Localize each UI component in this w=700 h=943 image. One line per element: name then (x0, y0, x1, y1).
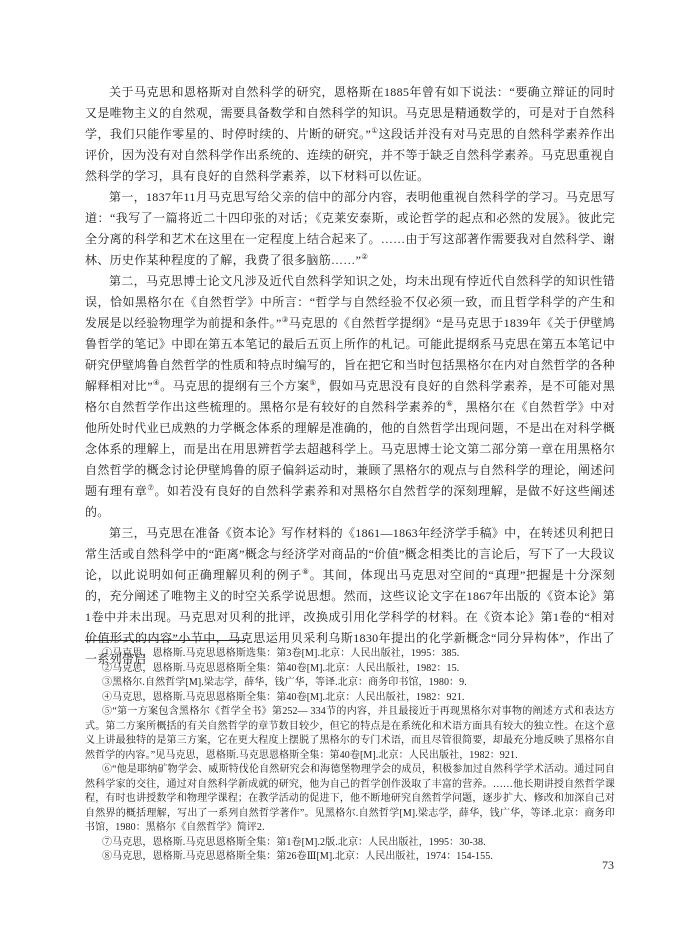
footnote-item: ④马克思，恩格斯.马克思恩格斯全集：第40卷[M].北京：人民出版社，1982：… (85, 691, 615, 706)
footnote-marker: ② (361, 252, 368, 261)
footnote-marker: ③ (282, 315, 289, 324)
footnote-item: ⑦马克思，恩格斯.马克思恩格斯全集：第1卷[M].2版.北京：人民出版社，199… (85, 836, 615, 851)
footnote-item: ①马克思，恩格斯.马克思恩格斯选集：第3卷[M].北京：人民出版社，1995：3… (85, 647, 615, 662)
body-paragraph: 第二，马克思博士论文凡涉及近代自然科学知识之处，均未出现有悖近代自然科学的知识性… (85, 271, 615, 523)
body-paragraph: 第一，1837年11月马克思写给父亲的信中的部分内容，表明他重视自然科学的学习。… (85, 187, 615, 271)
footnote-item: ③黑格尔.自然哲学[M].梁志学，薛华，钱广华，等译.北京：商务印书馆，1980… (85, 676, 615, 691)
footnote-section: ①马克思，恩格斯.马克思恩格斯选集：第3卷[M].北京：人民出版社，1995：3… (85, 640, 615, 865)
footnote-separator-rule (85, 640, 245, 641)
text-run: 第一，1837年11月马克思写给父亲的信中的部分内容，表明他重视自然科学的学习。… (85, 190, 615, 267)
footnote-item: ⑤“第一方案包含黑格尔《哲学全书》第252— 334节的内容，并且最接近于再现黑… (85, 705, 615, 763)
body-paragraph: 关于马克思和恩格斯对自然科学的研究，恩格斯在1885年曾有如下说法：“要确立辩证… (85, 82, 615, 187)
footnote-item: ②马克思，恩格斯.马克思恩格斯全集：第40卷[M].北京：人民出版社，1982：… (85, 662, 615, 677)
body-text: 关于马克思和恩格斯对自然科学的研究，恩格斯在1885年曾有如下说法：“要确立辩证… (85, 82, 615, 670)
footnote-marker: ⑧ (302, 567, 310, 576)
text-run: 。马克思的提纲有三个方案 (160, 379, 309, 393)
text-run: 。如若没有良好的自然科学素养和对黑格尔自然哲学的深刻理解，是做不好这些阐述的。 (85, 484, 615, 519)
footnote-marker: ⑤ (309, 378, 316, 387)
page-number: 73 (0, 858, 614, 873)
document-page: 关于马克思和恩格斯对自然科学的研究，恩格斯在1885年曾有如下说法：“要确立辩证… (0, 0, 700, 943)
footnote-item: ⑥“他是耶纳矿物学会、威斯特伐伦自然研究会和海德堡物理学会的成员，积极参加过自然… (85, 763, 615, 836)
